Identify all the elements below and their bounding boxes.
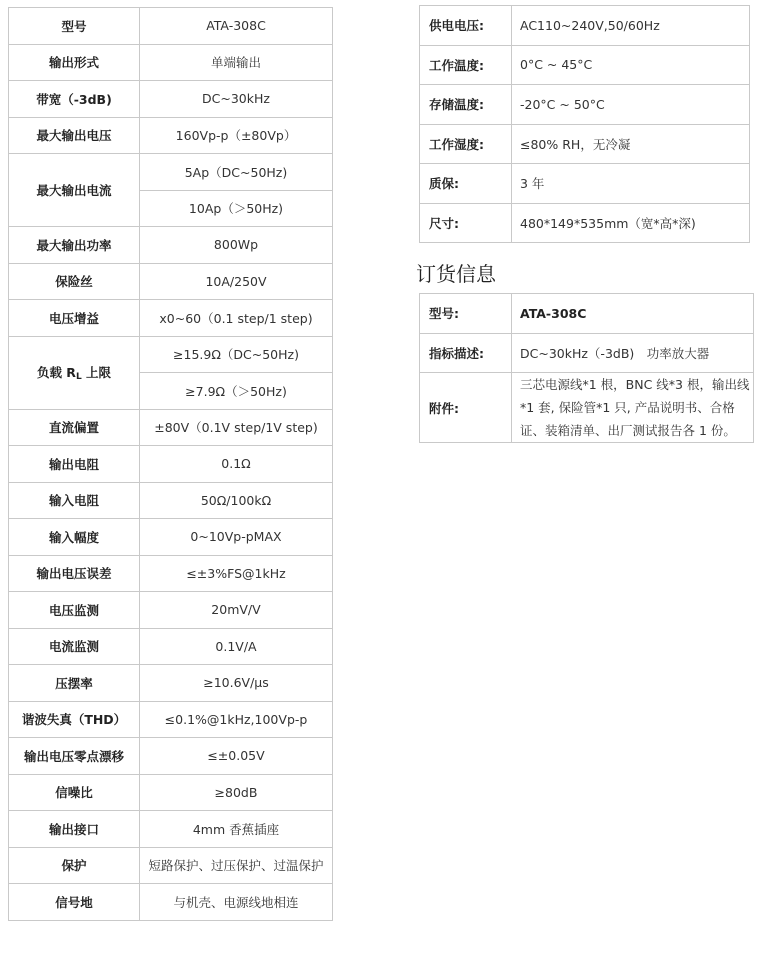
spec-row-load-limit: 负载 RL 上限 ≥15.9Ω（DC~50Hz) (9, 336, 333, 373)
order-key: 型号: (420, 294, 512, 334)
spec-row-voltage-monitor: 电压监测 20mV/V (9, 592, 333, 629)
spec-value: 50Ω/100kΩ (140, 482, 333, 519)
order-value: ATA-308C (512, 294, 754, 334)
spec-row-bandwidth: 带宽（-3dB) DC~30kHz (9, 81, 333, 118)
order-row-accessories: 附件: 三芯电源线*1 根，BNC 线*3 根，输出线*1 套, 保险管*1 只… (420, 373, 754, 443)
spec-value: AC110~240V,50/60Hz (512, 6, 750, 46)
spec-key: 存储温度: (420, 85, 512, 125)
spec-row-slew-rate: 压摆率 ≥10.6V/μs (9, 665, 333, 702)
spec-key: 最大输出电流 (9, 154, 140, 227)
spec-value: 4mm 香蕉插座 (140, 811, 333, 848)
spec-key: 输入电阻 (9, 482, 140, 519)
spec-row-snr: 信噪比 ≥80dB (9, 774, 333, 811)
spec-value: 3 年 (512, 164, 750, 204)
spec-row-input-amplitude: 输入幅度 0~10Vp-pMAX (9, 519, 333, 556)
spec-row-supply-voltage: 供电电压: AC110~240V,50/60Hz (420, 6, 750, 46)
order-row-description: 指标描述: DC~30kHz（-3dB) 功率放大器 (420, 333, 754, 373)
spec-row-voltage-gain: 电压增益 x0~60（0.1 step/1 step) (9, 300, 333, 337)
spec-value: 与机壳、电源线地相连 (140, 884, 333, 921)
spec-key: 保险丝 (9, 263, 140, 300)
spec-key: 负载 RL 上限 (9, 336, 140, 409)
spec-key: 输入幅度 (9, 519, 140, 556)
spec-row-storage-temp: 存储温度: -20°C ~ 50°C (420, 85, 750, 125)
spec-value: 短路保护、过压保护、过温保护 (140, 847, 333, 884)
spec-value: ≥10.6V/μs (140, 665, 333, 702)
spec-value: ≤0.1%@1kHz,100Vp-p (140, 701, 333, 738)
spec-value: ≥80dB (140, 774, 333, 811)
spec-value: 800Wp (140, 227, 333, 264)
spec-row-output-interface: 输出接口 4mm 香蕉插座 (9, 811, 333, 848)
spec-value: 单端输出 (140, 44, 333, 81)
order-info-table: 型号: ATA-308C 指标描述: DC~30kHz（-3dB) 功率放大器 … (419, 293, 754, 443)
spec-value: 5Ap（DC~50Hz) (140, 154, 333, 191)
spec-key: 工作湿度: (420, 124, 512, 164)
spec-key: 尺寸: (420, 203, 512, 243)
spec-row-max-voltage: 最大输出电压 160Vp-p（±80Vp） (9, 117, 333, 154)
spec-value: x0~60（0.1 step/1 step) (140, 300, 333, 337)
spec-row-operating-temp: 工作温度: 0°C ~ 45°C (420, 45, 750, 85)
spec-row-output-resistance: 输出电阻 0.1Ω (9, 446, 333, 483)
spec-value: ATA-308C (140, 8, 333, 45)
spec-value: 160Vp-p（±80Vp） (140, 117, 333, 154)
spec-row-zero-drift: 输出电压零点漂移 ≤±0.05V (9, 738, 333, 775)
spec-key: 电流监测 (9, 628, 140, 665)
spec-key-prefix: 负载 R (37, 365, 76, 380)
spec-row-thd: 谐波失真（THD） ≤0.1%@1kHz,100Vp-p (9, 701, 333, 738)
order-value: DC~30kHz（-3dB) 功率放大器 (512, 333, 754, 373)
spec-key: 最大输出电压 (9, 117, 140, 154)
spec-row-signal-ground: 信号地 与机壳、电源线地相连 (9, 884, 333, 921)
spec-key: 电压监测 (9, 592, 140, 629)
spec-key: 输出接口 (9, 811, 140, 848)
spec-row-fuse: 保险丝 10A/250V (9, 263, 333, 300)
spec-table-environment: 供电电压: AC110~240V,50/60Hz 工作温度: 0°C ~ 45°… (419, 5, 750, 243)
spec-key: 输出形式 (9, 44, 140, 81)
spec-value: 0°C ~ 45°C (512, 45, 750, 85)
spec-key: 保护 (9, 847, 140, 884)
spec-value: ≥7.9Ω（＞50Hz) (140, 373, 333, 410)
spec-key-suffix: 上限 (82, 365, 111, 380)
spec-key: 最大输出功率 (9, 227, 140, 264)
spec-value: ±80V（0.1V step/1V step) (140, 409, 333, 446)
spec-row-output-voltage-error: 输出电压误差 ≤±3%FS@1kHz (9, 555, 333, 592)
spec-value: 20mV/V (140, 592, 333, 629)
spec-row-output-type: 输出形式 单端输出 (9, 44, 333, 81)
spec-key: 输出电压误差 (9, 555, 140, 592)
spec-key: 谐波失真（THD） (9, 701, 140, 738)
order-info-heading: 订货信息 (416, 258, 496, 287)
spec-key: 直流偏置 (9, 409, 140, 446)
spec-key: 型号 (9, 8, 140, 45)
spec-key: 供电电压: (420, 6, 512, 46)
spec-key: 带宽（-3dB) (9, 81, 140, 118)
spec-key: 输出电阻 (9, 446, 140, 483)
spec-row-current-monitor: 电流监测 0.1V/A (9, 628, 333, 665)
spec-table-main: 型号 ATA-308C 输出形式 单端输出 带宽（-3dB) DC~30kHz … (8, 7, 333, 921)
spec-row-max-power: 最大输出功率 800Wp (9, 227, 333, 264)
spec-value: ≤±3%FS@1kHz (140, 555, 333, 592)
spec-value: 0~10Vp-pMAX (140, 519, 333, 556)
spec-row-humidity: 工作湿度: ≤80% RH，无冷凝 (420, 124, 750, 164)
spec-row-dc-offset: 直流偏置 ±80V（0.1V step/1V step) (9, 409, 333, 446)
spec-value: -20°C ~ 50°C (512, 85, 750, 125)
spec-key: 压摆率 (9, 665, 140, 702)
spec-row-input-resistance: 输入电阻 50Ω/100kΩ (9, 482, 333, 519)
spec-key: 信号地 (9, 884, 140, 921)
spec-value: ≤±0.05V (140, 738, 333, 775)
spec-value: 0.1Ω (140, 446, 333, 483)
spec-row-model: 型号 ATA-308C (9, 8, 333, 45)
order-value: 三芯电源线*1 根，BNC 线*3 根，输出线*1 套, 保险管*1 只, 产品… (512, 373, 754, 443)
spec-row-protection: 保护 短路保护、过压保护、过温保护 (9, 847, 333, 884)
spec-value: DC~30kHz (140, 81, 333, 118)
spec-key: 工作温度: (420, 45, 512, 85)
spec-key: 质保: (420, 164, 512, 204)
spec-key: 输出电压零点漂移 (9, 738, 140, 775)
order-key: 指标描述: (420, 333, 512, 373)
spec-value: 10A/250V (140, 263, 333, 300)
spec-value: ≤80% RH，无冷凝 (512, 124, 750, 164)
spec-value: ≥15.9Ω（DC~50Hz) (140, 336, 333, 373)
spec-value: 10Ap（＞50Hz) (140, 190, 333, 227)
spec-value: 480*149*535mm（宽*高*深) (512, 203, 750, 243)
order-key: 附件: (420, 373, 512, 443)
spec-key: 电压增益 (9, 300, 140, 337)
spec-row-max-current: 最大输出电流 5Ap（DC~50Hz) (9, 154, 333, 191)
order-row-model: 型号: ATA-308C (420, 294, 754, 334)
spec-row-warranty: 质保: 3 年 (420, 164, 750, 204)
spec-row-dimensions: 尺寸: 480*149*535mm（宽*高*深) (420, 203, 750, 243)
spec-key: 信噪比 (9, 774, 140, 811)
spec-value: 0.1V/A (140, 628, 333, 665)
